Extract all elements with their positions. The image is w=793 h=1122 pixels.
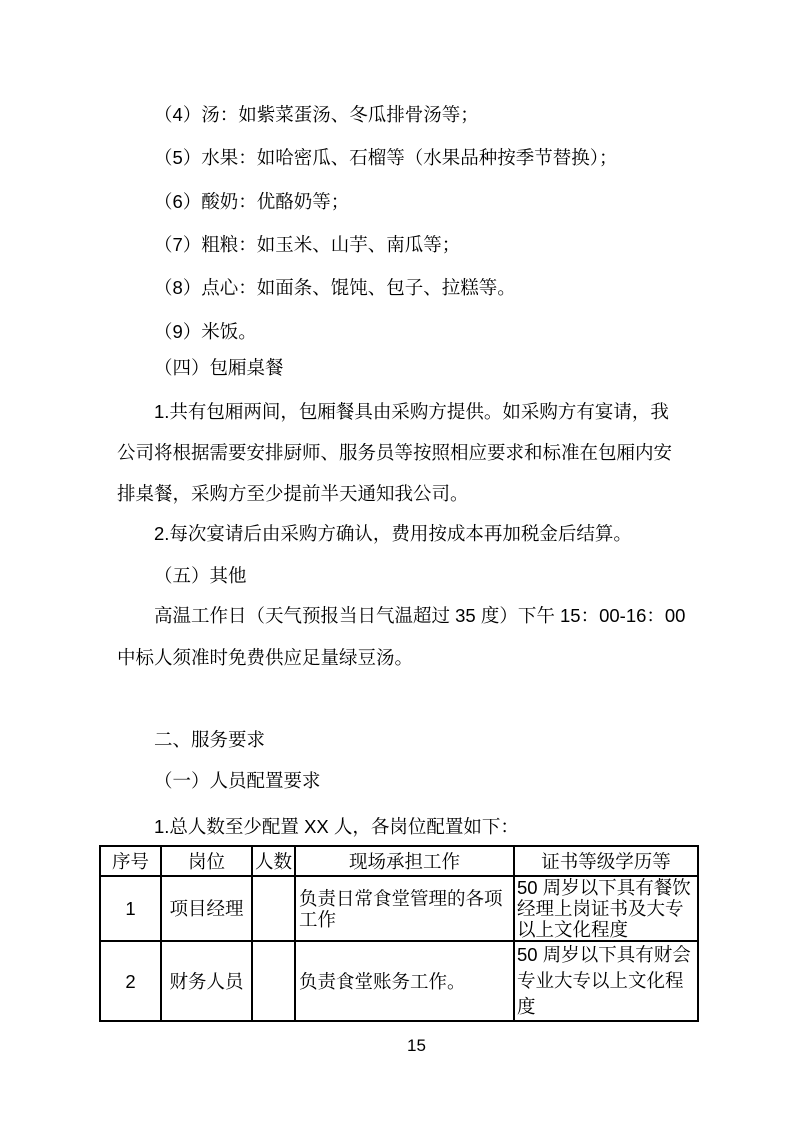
para-hot-day: 高温工作日（天气预报当日气温超过 35 度）下午 15：00-16：00 中标人… [117, 595, 677, 679]
table-header-cell: 现场承担工作 [295, 846, 514, 876]
text-line: （一）人员配置要求 [117, 760, 677, 801]
para-private-room-2: 2.每次宴请后由采购方确认，费用按成本再加税金后结算。 [117, 513, 677, 554]
table-cell-count [252, 941, 295, 1021]
page-number: 15 [0, 1036, 793, 1056]
text-line: （五）其他 [117, 555, 677, 596]
text-line: 排桌餐，采购方至少提前半天通知我公司。 [117, 473, 677, 514]
heading-other: （五）其他 [117, 555, 677, 596]
list-item-rice: （9）米饭。 [117, 311, 677, 352]
heading-staffing: （一）人员配置要求 [117, 760, 677, 801]
table-cell-cert: 50 周岁以下具有餐饮经理上岗证书及大专以上文化程度 [514, 876, 698, 941]
para-private-room-1: 1.共有包厢两间，包厢餐具由采购方提供。如采购方有宴请，我 公司将根据需要安排厨… [117, 391, 677, 514]
list-item-soup: （4）汤：如紫菜蛋汤、冬瓜排骨汤等； [117, 94, 677, 135]
table-cell-post: 项目经理 [161, 876, 252, 941]
text-line: （6）酸奶：优酪奶等； [117, 181, 677, 222]
table-cell-cert: 50 周岁以下具有财会专业大专以上文化程度 [514, 941, 698, 1021]
table-cell-no: 2 [100, 941, 161, 1021]
table-header-cell: 证书等级学历等 [514, 846, 698, 876]
text-line: 公司将根据需要安排厨师、服务员等按照相应要求和标准在包厢内安 [117, 432, 677, 473]
list-item-yogurt: （6）酸奶：优酪奶等； [117, 181, 677, 222]
table-cell-count [252, 876, 295, 941]
table-row: 2 财务人员 负责食堂账务工作。 50 周岁以下具有财会专业大专以上文化程度 [100, 941, 698, 1021]
para-staff-count: 1.总人数至少配置 XX 人，各岗位配置如下： [117, 806, 677, 847]
list-item-coarse-grain: （7）粗粮：如玉米、山芋、南瓜等； [117, 224, 677, 265]
staffing-table: 序号 岗位 人数 现场承担工作 证书等级学历等 1 项目经理 负责日常食堂管理的… [99, 845, 699, 1022]
table-cell-post: 财务人员 [161, 941, 252, 1021]
table-header-cell: 岗位 [161, 846, 252, 876]
text-line: 2.每次宴请后由采购方确认，费用按成本再加税金后结算。 [117, 513, 677, 554]
text-line: 二、服务要求 [117, 719, 677, 760]
text-line: （5）水果：如哈密瓜、石榴等（水果品种按季节替换）； [117, 137, 677, 178]
table-cell-no: 1 [100, 876, 161, 941]
heading-private-room: （四）包厢桌餐 [117, 347, 677, 388]
table-cell-duty: 负责食堂账务工作。 [295, 941, 514, 1021]
list-item-fruit: （5）水果：如哈密瓜、石榴等（水果品种按季节替换）； [117, 137, 677, 178]
heading-service-requirements: 二、服务要求 [117, 719, 677, 760]
table-header-row: 序号 岗位 人数 现场承担工作 证书等级学历等 [100, 846, 698, 876]
text-line: （9）米饭。 [117, 311, 677, 352]
document-page: （4）汤：如紫菜蛋汤、冬瓜排骨汤等； （5）水果：如哈密瓜、石榴等（水果品种按季… [0, 0, 793, 1122]
list-item-dim-sum: （8）点心：如面条、馄饨、包子、拉糕等。 [117, 267, 677, 308]
table-header-cell: 序号 [100, 846, 161, 876]
text-line: 1.总人数至少配置 XX 人，各岗位配置如下： [117, 806, 677, 847]
table-cell-duty: 负责日常食堂管理的各项工作 [295, 876, 514, 941]
text-line: （8）点心：如面条、馄饨、包子、拉糕等。 [117, 267, 677, 308]
text-line: 中标人须准时免费供应足量绿豆汤。 [117, 637, 677, 679]
text-line: （7）粗粮：如玉米、山芋、南瓜等； [117, 224, 677, 265]
text-line: （4）汤：如紫菜蛋汤、冬瓜排骨汤等； [117, 94, 677, 135]
table-header-cell: 人数 [252, 846, 295, 876]
text-line: （四）包厢桌餐 [117, 347, 677, 388]
table-row: 1 项目经理 负责日常食堂管理的各项工作 50 周岁以下具有餐饮经理上岗证书及大… [100, 876, 698, 941]
text-line: 高温工作日（天气预报当日气温超过 35 度）下午 15：00-16：00 [117, 595, 677, 637]
text-line: 1.共有包厢两间，包厢餐具由采购方提供。如采购方有宴请，我 [117, 391, 677, 432]
